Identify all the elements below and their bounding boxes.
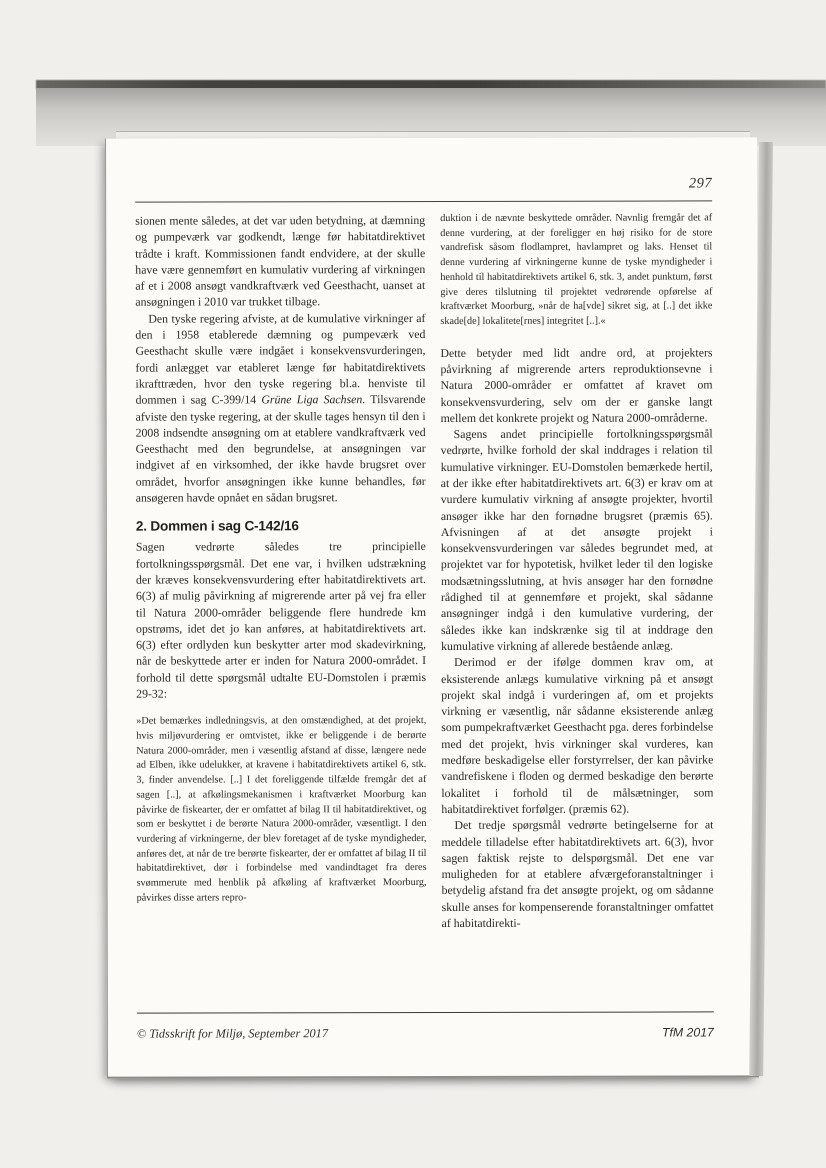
paragraph: Sagens andet principielle fortolkningssp… [441,426,713,655]
paragraph: Dette betyder med lidt andre ord, at pro… [440,344,712,426]
footer-rule [137,1011,714,1013]
page-number: 297 [689,175,712,192]
left-column: sionen mente således, at det var uden be… [135,212,427,932]
footer-row: © Tidsskrift for Miljø, September 2017 T… [137,1025,714,1041]
paragraph: Den tyske regering afviste, at de kumula… [135,310,425,506]
journal-mark: TfM 2017 [662,1025,714,1039]
paragraph: Sagen vedrørte således tre principielle … [136,538,426,702]
page-footer: © Tidsskrift for Miljø, September 2017 T… [137,1011,714,1041]
paragraph-continuation: sionen mente således, at det var uden be… [135,212,425,310]
case-name-italic: Grüne Liga Sachsen [261,392,362,406]
header-rule [135,200,712,202]
block-quote-continuation: duktion i de nævnte beskyttede områder. … [440,211,712,329]
paragraph-text: . Tilsvarende afviste den tyske regering… [136,392,426,504]
block-quote: »Det bemærkes indledningsvis, at den oms… [136,714,426,906]
copyright-line: © Tidsskrift for Miljø, September 2017 [137,1026,328,1041]
right-column: duktion i de nævnte beskyttede områder. … [440,211,714,931]
two-column-text: sionen mente således, at det var uden be… [135,211,714,932]
paragraph: Derimod er der ifølge dommen krav om, at… [441,654,713,818]
journal-page: 297 sionen mente således, at det var ude… [105,137,759,1078]
paragraph: Det tredje spørgsmål vedrørte betingelse… [441,817,713,932]
scanned-journal-page-photo: 297 sionen mente således, at det var ude… [0,0,826,1168]
section-heading: 2. Dommen i sag C-142/16 [136,518,426,534]
